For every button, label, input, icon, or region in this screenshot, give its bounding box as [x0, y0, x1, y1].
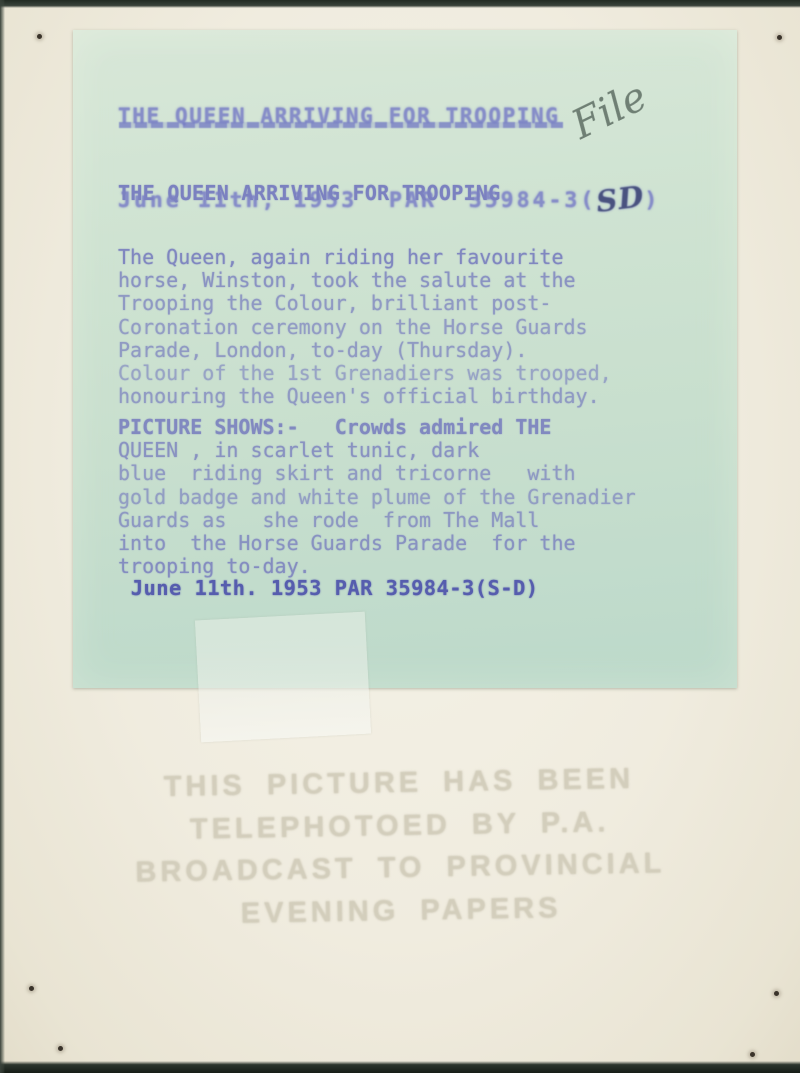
agency-stamp: THIS PICTURE HAS BEEN TELEPHOTOED BY P.A… — [99, 757, 702, 937]
caption-paragraph-1: The Queen, again riding her favourite ho… — [118, 246, 612, 408]
typed-line: Guards as she rode from The Mall — [118, 509, 636, 532]
photo-back-scan: THE QUEEN ARRIVING FOR TROOPING June 11t… — [0, 0, 800, 1073]
typed-underline-rule — [119, 122, 563, 128]
photo-edge-bottom — [0, 1061, 800, 1073]
pin-hole — [29, 986, 34, 991]
caption-paragraph-2: PICTURE SHOWS:- Crowds admired THE QUEEN… — [118, 416, 636, 601]
caption-sheet: THE QUEEN ARRIVING FOR TROOPING June 11t… — [73, 30, 737, 688]
typed-line: Trooping the Colour, brilliant post- — [118, 292, 612, 315]
typed-line: The Queen, again riding her favourite — [118, 246, 612, 269]
photo-edge-top — [0, 0, 800, 8]
typed-line: horse, Winston, took the salute at the — [118, 269, 612, 292]
pin-hole — [774, 991, 779, 996]
typed-line: Colour of the 1st Grenadiers was trooped… — [118, 362, 612, 385]
photo-edge-left — [0, 0, 5, 1073]
typed-line: into the Horse Guards Parade for the — [118, 532, 636, 555]
header-stamp-date-suffix: ) — [644, 188, 660, 213]
typed-line: gold badge and white plume of the Grenad… — [118, 486, 636, 509]
typed-line: blue riding skirt and tricorne with — [118, 462, 636, 485]
typed-line: Parade, London, to-day (Thursday). — [118, 339, 612, 362]
typed-line: QUEEN , in scarlet tunic, dark — [118, 439, 636, 462]
typed-line: honouring the Queen's official birthday. — [118, 385, 612, 408]
typed-line: Coronation ceremony on the Horse Guards — [118, 316, 612, 339]
typed-line: PICTURE SHOWS:- Crowds admired THE — [118, 416, 636, 439]
handwritten-initials: SD — [595, 183, 646, 216]
caption-heading: THE QUEEN ARRIVING FOR TROOPING — [118, 181, 501, 205]
tape-strip — [195, 612, 371, 743]
caption-dateline: June 11th. 1953 PAR 35984-3(S-D) — [118, 577, 636, 600]
pin-hole — [777, 35, 782, 40]
pin-hole — [58, 1046, 63, 1051]
pin-hole — [750, 1052, 755, 1057]
typed-line: trooping to-day. — [118, 555, 636, 578]
pin-hole — [37, 34, 42, 39]
header-date-stamp: THE QUEEN ARRIVING FOR TROOPING June 11t… — [118, 49, 660, 268]
